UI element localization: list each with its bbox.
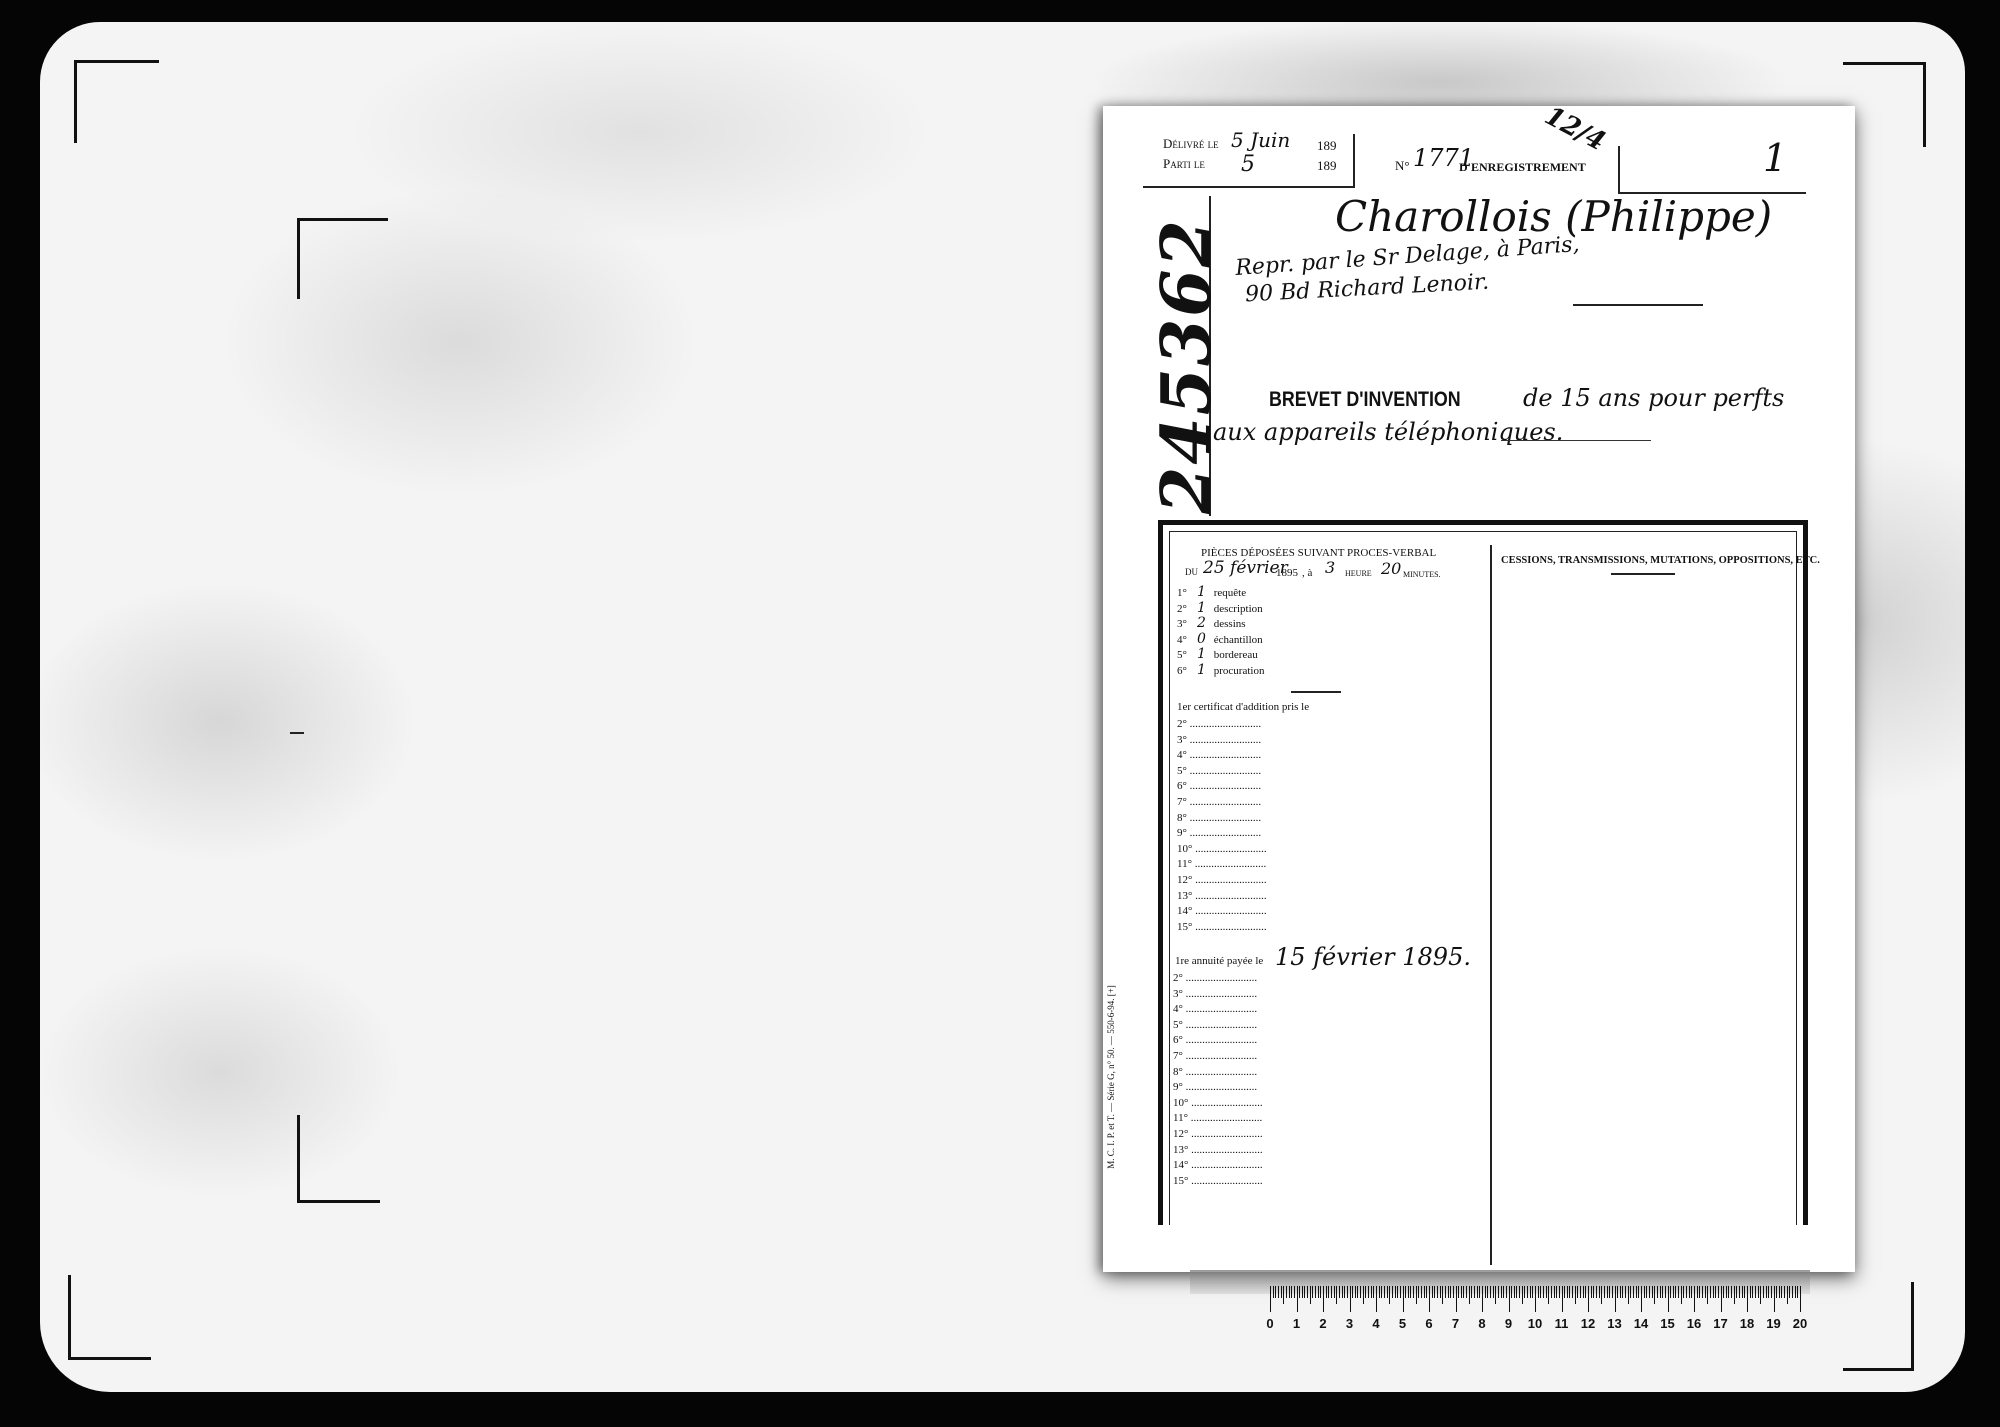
ruler-tick bbox=[1784, 1286, 1785, 1298]
ruler-tick bbox=[1609, 1286, 1610, 1298]
patent-record-sheet: Délivré le 5 Juin 189 Parti le 5 189 N° … bbox=[1103, 106, 1855, 1272]
ruler-tick bbox=[1739, 1286, 1740, 1298]
ruler-tick bbox=[1289, 1286, 1290, 1298]
ruler-tick bbox=[1662, 1286, 1663, 1298]
pieces-minute-label: MINUTES. bbox=[1403, 570, 1441, 579]
ruler-tick bbox=[1331, 1286, 1332, 1298]
annuity-heading: 1re annuité payée le bbox=[1175, 955, 1263, 967]
piece-count: 1 bbox=[1197, 647, 1211, 663]
ruler-tick bbox=[1376, 1286, 1377, 1312]
ruler-tick bbox=[1797, 1286, 1798, 1298]
ruler-tick bbox=[1461, 1286, 1462, 1298]
ruler-tick bbox=[1636, 1286, 1637, 1298]
piece-row: 6°1 procuration bbox=[1177, 663, 1477, 679]
ruler-tick bbox=[1400, 1286, 1401, 1298]
ruler-tick bbox=[1593, 1286, 1594, 1298]
ruler-tick bbox=[1424, 1286, 1425, 1298]
numbered-row: 4° .......................... bbox=[1177, 748, 1307, 764]
numbered-row: 12° .......................... bbox=[1173, 1127, 1303, 1143]
ruler-tick bbox=[1442, 1286, 1443, 1304]
ruler-tick bbox=[1726, 1286, 1727, 1298]
ruler-tick bbox=[1755, 1286, 1756, 1298]
ruler-tick bbox=[1535, 1286, 1536, 1312]
departed-value: 5 bbox=[1241, 152, 1255, 177]
ruler-tick bbox=[1511, 1286, 1512, 1298]
subject-underline bbox=[1501, 440, 1651, 441]
ruler-tick bbox=[1577, 1286, 1578, 1298]
ruler-tick bbox=[1387, 1286, 1388, 1298]
ruler-tick bbox=[1575, 1286, 1576, 1304]
ruler-tick bbox=[1548, 1286, 1549, 1304]
numbered-row: 3° .......................... bbox=[1173, 987, 1303, 1003]
ruler-tick bbox=[1487, 1286, 1488, 1298]
ruler-tick bbox=[1591, 1286, 1592, 1298]
registration-prefix: N° bbox=[1395, 158, 1410, 174]
ruler-tick bbox=[1715, 1286, 1716, 1298]
numbered-row: 10° .......................... bbox=[1177, 842, 1307, 858]
piece-count: 2 bbox=[1197, 616, 1211, 632]
certificates-heading: 1er certificat d'addition pris le bbox=[1177, 701, 1309, 713]
ruler-tick bbox=[1342, 1286, 1343, 1298]
ruler-tick bbox=[1365, 1286, 1366, 1298]
piece-row: 2°1 description bbox=[1177, 601, 1477, 617]
ruler-tick bbox=[1617, 1286, 1618, 1298]
pieces-date-year: 1895 bbox=[1276, 567, 1298, 579]
pieces-at-label: , à bbox=[1302, 567, 1312, 579]
pieces-separator bbox=[1291, 691, 1341, 693]
piece-count: 1 bbox=[1197, 585, 1211, 601]
ruler-tick bbox=[1779, 1286, 1780, 1298]
ruler-tick bbox=[1588, 1286, 1589, 1312]
piece-row: 1°1 requête bbox=[1177, 585, 1477, 601]
ruler-label: 11 bbox=[1555, 1316, 1569, 1331]
patent-number-text: 245362 bbox=[1147, 218, 1227, 514]
ruler-tick bbox=[1318, 1286, 1319, 1298]
ruler-tick bbox=[1479, 1286, 1480, 1298]
ruler-tick bbox=[1509, 1286, 1510, 1312]
ruler-tick bbox=[1403, 1286, 1404, 1312]
ruler-tick bbox=[1750, 1286, 1751, 1298]
numbered-row: 12° .......................... bbox=[1177, 873, 1307, 889]
ruler-tick bbox=[1742, 1286, 1743, 1298]
ruler-tick bbox=[1527, 1286, 1528, 1298]
ruler-tick bbox=[1763, 1286, 1764, 1298]
ruler-tick bbox=[1328, 1286, 1329, 1298]
ruler-tick bbox=[1371, 1286, 1372, 1298]
ruler-tick bbox=[1503, 1286, 1504, 1298]
ruler-tick bbox=[1683, 1286, 1684, 1298]
ruler-tick bbox=[1286, 1286, 1287, 1298]
ruler-tick bbox=[1339, 1286, 1340, 1298]
ruler-label: 8 bbox=[1478, 1316, 1485, 1331]
ruler-tick bbox=[1501, 1286, 1502, 1298]
ruler-tick bbox=[1450, 1286, 1451, 1298]
numbered-row: 5° .......................... bbox=[1173, 1018, 1303, 1034]
ruler-label: 20 bbox=[1793, 1316, 1807, 1331]
numbered-row: 13° .......................... bbox=[1173, 1143, 1303, 1159]
measuring-ruler: 01234567891011121314151617181920 bbox=[1270, 1286, 1805, 1336]
piece-row: 4°0 échantillon bbox=[1177, 632, 1477, 648]
ruler-tick bbox=[1384, 1286, 1385, 1298]
ruler-tick bbox=[1469, 1286, 1470, 1304]
ruler-tick bbox=[1599, 1286, 1600, 1298]
ruler-tick bbox=[1543, 1286, 1544, 1298]
ruler-tick bbox=[1350, 1286, 1351, 1312]
ruler-tick bbox=[1530, 1286, 1531, 1298]
ruler-tick bbox=[1652, 1286, 1653, 1298]
annuity-value: 15 février 1895. bbox=[1275, 943, 1471, 971]
ruler-tick bbox=[1734, 1286, 1735, 1304]
numbered-row: 13° .......................... bbox=[1177, 889, 1307, 905]
ruler-tick bbox=[1429, 1286, 1430, 1312]
ruler-tick bbox=[1668, 1286, 1669, 1312]
ruler-tick bbox=[1395, 1286, 1396, 1298]
corner-mark-inner-top-left bbox=[297, 218, 388, 299]
ruler-tick bbox=[1347, 1286, 1348, 1298]
ruler-label: 19 bbox=[1766, 1316, 1780, 1331]
ruler-label: 17 bbox=[1713, 1316, 1727, 1331]
numbered-row: 8° .......................... bbox=[1177, 811, 1307, 827]
ruler-tick bbox=[1630, 1286, 1631, 1298]
ruler-tick bbox=[1297, 1286, 1298, 1312]
ruler-tick bbox=[1615, 1286, 1616, 1312]
corner-mark-outer-top-left bbox=[74, 60, 159, 143]
ruler-tick bbox=[1373, 1286, 1374, 1298]
ruler-tick bbox=[1694, 1286, 1695, 1312]
numbered-row: 11° .......................... bbox=[1173, 1111, 1303, 1127]
ruler-tick bbox=[1437, 1286, 1438, 1298]
ruler-tick bbox=[1278, 1286, 1279, 1298]
ruler-tick bbox=[1413, 1286, 1414, 1298]
ruler-tick bbox=[1432, 1286, 1433, 1298]
column-divider bbox=[1490, 545, 1492, 1265]
ruler-tick bbox=[1654, 1286, 1655, 1304]
ruler-tick bbox=[1556, 1286, 1557, 1298]
ruler-tick bbox=[1524, 1286, 1525, 1298]
ruler-tick bbox=[1532, 1286, 1533, 1298]
ruler-tick bbox=[1421, 1286, 1422, 1298]
ruler-tick bbox=[1689, 1286, 1690, 1298]
corner-mark-outer-bottom-right bbox=[1843, 1282, 1914, 1371]
piece-row: 3°2 dessins bbox=[1177, 616, 1477, 632]
ruler-tick bbox=[1562, 1286, 1563, 1312]
ruler-tick bbox=[1540, 1286, 1541, 1298]
numbered-row: 3° .......................... bbox=[1177, 733, 1307, 749]
numbered-row: 10° .......................... bbox=[1173, 1096, 1303, 1112]
numbered-row: 14° .......................... bbox=[1177, 904, 1307, 920]
ruler-tick bbox=[1564, 1286, 1565, 1298]
cessions-separator bbox=[1611, 573, 1675, 575]
pieces-hour-value: 3 bbox=[1325, 558, 1335, 577]
deposit-register-frame: PIÈCES DÉPOSÉES SUIVANT PROCES-VERBAL DU… bbox=[1158, 520, 1808, 1225]
ruler-tick bbox=[1559, 1286, 1560, 1298]
numbered-row: 2° .......................... bbox=[1177, 717, 1307, 733]
ruler-tick bbox=[1379, 1286, 1380, 1298]
ruler-tick bbox=[1569, 1286, 1570, 1298]
numbered-row: 5° .......................... bbox=[1177, 764, 1307, 780]
side-print-text: M. C. I. P. et T. — Série G, n° 50. — 55… bbox=[1106, 985, 1116, 1169]
ruler-tick bbox=[1516, 1286, 1517, 1298]
ruler-tick bbox=[1789, 1286, 1790, 1298]
ruler-tick bbox=[1326, 1286, 1327, 1298]
cessions-heading: CESSIONS, TRANSMISSIONS, MUTATIONS, OPPO… bbox=[1501, 555, 1820, 566]
ruler-label: 0 bbox=[1266, 1316, 1273, 1331]
ruler-tick bbox=[1397, 1286, 1398, 1298]
ruler-tick bbox=[1710, 1286, 1711, 1298]
ruler-tick bbox=[1281, 1286, 1282, 1298]
ruler-tick bbox=[1273, 1286, 1274, 1298]
ruler-tick bbox=[1445, 1286, 1446, 1298]
ruler-tick bbox=[1291, 1286, 1292, 1298]
ruler-tick bbox=[1554, 1286, 1555, 1298]
ruler-tick bbox=[1294, 1286, 1295, 1298]
ruler-tick bbox=[1426, 1286, 1427, 1298]
pieces-minute-value: 20 bbox=[1381, 559, 1401, 578]
ruler-tick bbox=[1697, 1286, 1698, 1298]
ruler-tick bbox=[1538, 1286, 1539, 1298]
ruler-label: 6 bbox=[1425, 1316, 1432, 1331]
numbered-row: 6° .......................... bbox=[1177, 779, 1307, 795]
ruler-tick bbox=[1357, 1286, 1358, 1298]
ruler-tick bbox=[1392, 1286, 1393, 1298]
ruler-tick bbox=[1628, 1286, 1629, 1304]
ruler-tick bbox=[1691, 1286, 1692, 1298]
ruler-tick bbox=[1405, 1286, 1406, 1298]
ruler-tick bbox=[1657, 1286, 1658, 1298]
corner-mark-inner-bottom-left bbox=[297, 1115, 380, 1203]
ruler-label: 10 bbox=[1528, 1316, 1542, 1331]
ruler-tick bbox=[1622, 1286, 1623, 1298]
ruler-tick bbox=[1760, 1286, 1761, 1304]
ruler-tick bbox=[1456, 1286, 1457, 1312]
side-print: M. C. I. P. et T. — Série G, n° 50. — 55… bbox=[1106, 985, 1116, 1169]
numbered-row: 11° .......................... bbox=[1177, 857, 1307, 873]
piece-count: 0 bbox=[1197, 632, 1211, 648]
ruler-tick bbox=[1302, 1286, 1303, 1298]
ruler-tick bbox=[1270, 1286, 1271, 1312]
ruler-tick bbox=[1498, 1286, 1499, 1298]
ruler-tick bbox=[1471, 1286, 1472, 1298]
ruler-tick bbox=[1665, 1286, 1666, 1298]
ruler-tick bbox=[1580, 1286, 1581, 1298]
ruler-tick bbox=[1758, 1286, 1759, 1298]
numbered-row: 15° .......................... bbox=[1177, 920, 1307, 936]
ruler-tick bbox=[1334, 1286, 1335, 1298]
numbered-row: 7° .......................... bbox=[1173, 1049, 1303, 1065]
applicant-underline bbox=[1573, 304, 1703, 306]
ruler-tick bbox=[1355, 1286, 1356, 1298]
numbered-row: 9° .......................... bbox=[1177, 826, 1307, 842]
pieces-hour-label: HEURE bbox=[1345, 569, 1372, 578]
ruler-tick bbox=[1567, 1286, 1568, 1298]
ruler-tick bbox=[1705, 1286, 1706, 1298]
ruler-tick bbox=[1551, 1286, 1552, 1298]
numbered-row: 6° .......................... bbox=[1173, 1033, 1303, 1049]
ruler-tick bbox=[1440, 1286, 1441, 1298]
ruler-tick bbox=[1649, 1286, 1650, 1298]
ruler-tick bbox=[1644, 1286, 1645, 1298]
ruler-tick bbox=[1713, 1286, 1714, 1298]
ruler-tick bbox=[1670, 1286, 1671, 1298]
ruler-tick bbox=[1781, 1286, 1782, 1298]
ruler-tick bbox=[1596, 1286, 1597, 1298]
ruler-tick bbox=[1323, 1286, 1324, 1312]
ruler-tick bbox=[1336, 1286, 1337, 1304]
piece-row: 5°1 bordereau bbox=[1177, 647, 1477, 663]
ruler-label: 9 bbox=[1505, 1316, 1512, 1331]
piece-count: 1 bbox=[1197, 663, 1211, 679]
ruler-tick bbox=[1418, 1286, 1419, 1298]
ruler-tick bbox=[1352, 1286, 1353, 1298]
ruler-tick bbox=[1363, 1286, 1364, 1304]
ruler-tick bbox=[1699, 1286, 1700, 1298]
ruler-tick bbox=[1283, 1286, 1284, 1304]
ruler-tick bbox=[1368, 1286, 1369, 1298]
annuity-rows: 2° ..........................3° ........… bbox=[1173, 971, 1303, 1189]
delivered-label: Délivré le bbox=[1163, 136, 1219, 152]
ruler-tick bbox=[1686, 1286, 1687, 1298]
patent-subject: aux appareils téléphoniques. bbox=[1213, 418, 1563, 446]
ruler-tick bbox=[1463, 1286, 1464, 1298]
ruler-tick bbox=[1312, 1286, 1313, 1298]
ruler-label: 1 bbox=[1293, 1316, 1300, 1331]
patent-title-handwritten: de 15 ans pour perfts bbox=[1523, 384, 1784, 412]
ruler-tick bbox=[1728, 1286, 1729, 1298]
ruler-label: 4 bbox=[1372, 1316, 1379, 1331]
ruler-tick bbox=[1702, 1286, 1703, 1298]
ruler-tick bbox=[1458, 1286, 1459, 1298]
departed-label: Parti le bbox=[1163, 156, 1205, 172]
piece-count: 1 bbox=[1197, 601, 1211, 617]
ruler-tick bbox=[1766, 1286, 1767, 1298]
ruler-tick bbox=[1410, 1286, 1411, 1298]
ruler-tick bbox=[1718, 1286, 1719, 1298]
ruler-tick bbox=[1800, 1286, 1801, 1312]
ruler-tick bbox=[1607, 1286, 1608, 1298]
numbered-row: 4° .......................... bbox=[1173, 1002, 1303, 1018]
ruler-tick bbox=[1493, 1286, 1494, 1298]
numbered-row: 14° .......................... bbox=[1173, 1158, 1303, 1174]
ruler-tick bbox=[1660, 1286, 1661, 1298]
pieces-list: 1°1 requête 2°1 description 3°2 dessins … bbox=[1177, 585, 1477, 679]
ruler-tick bbox=[1776, 1286, 1777, 1298]
ruler-tick bbox=[1381, 1286, 1382, 1298]
ruler-tick bbox=[1572, 1286, 1573, 1298]
ruler-tick bbox=[1307, 1286, 1308, 1298]
ruler-tick bbox=[1620, 1286, 1621, 1298]
ruler-label: 14 bbox=[1634, 1316, 1648, 1331]
ruler-tick bbox=[1477, 1286, 1478, 1298]
ruler-tick bbox=[1787, 1286, 1788, 1304]
ruler-tick bbox=[1519, 1286, 1520, 1298]
ruler-tick bbox=[1275, 1286, 1276, 1298]
ruler-tick bbox=[1771, 1286, 1772, 1298]
ruler-tick bbox=[1736, 1286, 1737, 1298]
corner-mark-outer-bottom-left bbox=[68, 1275, 151, 1360]
departed-year: 189 bbox=[1317, 158, 1337, 174]
ruler-tick bbox=[1641, 1286, 1642, 1312]
ruler-tick bbox=[1466, 1286, 1467, 1298]
ruler-label: 18 bbox=[1740, 1316, 1754, 1331]
ruler-tick bbox=[1731, 1286, 1732, 1298]
delivered-value: 5 Juin bbox=[1231, 128, 1290, 152]
ruler-tick bbox=[1612, 1286, 1613, 1298]
ruler-tick bbox=[1453, 1286, 1454, 1298]
delivered-year: 189 bbox=[1317, 138, 1337, 154]
ruler-tick bbox=[1416, 1286, 1417, 1304]
ruler-tick bbox=[1673, 1286, 1674, 1298]
ruler-label: 13 bbox=[1607, 1316, 1621, 1331]
patent-title-printed: BREVET D'INVENTION bbox=[1269, 388, 1461, 412]
ruler-tick bbox=[1485, 1286, 1486, 1298]
numbered-row: 9° .......................... bbox=[1173, 1080, 1303, 1096]
ruler-tick bbox=[1721, 1286, 1722, 1312]
ruler-label: 12 bbox=[1581, 1316, 1595, 1331]
ruler-tick bbox=[1434, 1286, 1435, 1298]
numbered-row: 7° .......................... bbox=[1177, 795, 1307, 811]
annotation-top: 12/4 bbox=[1540, 101, 1610, 157]
ruler-tick bbox=[1707, 1286, 1708, 1304]
ruler-label: 5 bbox=[1399, 1316, 1406, 1331]
ruler-tick bbox=[1752, 1286, 1753, 1298]
certificate-rows: 2° ..........................3° ........… bbox=[1177, 717, 1307, 935]
ruler-label: 3 bbox=[1346, 1316, 1353, 1331]
numbered-row: 2° .......................... bbox=[1173, 971, 1303, 987]
ruler-label: 15 bbox=[1660, 1316, 1674, 1331]
ruler-tick bbox=[1522, 1286, 1523, 1304]
ruler-tick bbox=[1774, 1286, 1775, 1312]
ruler-tick bbox=[1360, 1286, 1361, 1298]
ruler-tick bbox=[1304, 1286, 1305, 1298]
ruler-tick bbox=[1795, 1286, 1796, 1298]
ruler-tick bbox=[1514, 1286, 1515, 1298]
numbered-row: 15° .......................... bbox=[1173, 1174, 1303, 1190]
ruler-tick bbox=[1768, 1286, 1769, 1298]
pieces-date-prefix: DU bbox=[1185, 567, 1198, 577]
ruler-tick bbox=[1490, 1286, 1491, 1298]
ruler-tick bbox=[1675, 1286, 1676, 1298]
ruler-tick bbox=[1585, 1286, 1586, 1298]
ruler-tick bbox=[1546, 1286, 1547, 1298]
ruler-tick bbox=[1723, 1286, 1724, 1298]
ruler-label: 16 bbox=[1687, 1316, 1701, 1331]
ruler-tick bbox=[1601, 1286, 1602, 1304]
ruler-tick bbox=[1315, 1286, 1316, 1298]
page-number: 1 bbox=[1763, 136, 1787, 180]
ruler-tick bbox=[1744, 1286, 1745, 1298]
ruler-tick bbox=[1604, 1286, 1605, 1298]
ruler-tick bbox=[1448, 1286, 1449, 1298]
ruler-tick bbox=[1299, 1286, 1300, 1298]
ruler-tick bbox=[1506, 1286, 1507, 1298]
ruler-tick bbox=[1633, 1286, 1634, 1298]
corner-mark-outer-top-right bbox=[1843, 62, 1926, 147]
registration-label: D'ENREGISTREMENT bbox=[1459, 160, 1586, 175]
ruler-tick bbox=[1408, 1286, 1409, 1298]
ruler-tick bbox=[1747, 1286, 1748, 1312]
ruler-tick bbox=[1482, 1286, 1483, 1312]
ruler-label: 2 bbox=[1319, 1316, 1326, 1331]
scan-speck bbox=[290, 732, 304, 734]
numbered-row: 8° .......................... bbox=[1173, 1065, 1303, 1081]
ruler-tick bbox=[1625, 1286, 1626, 1298]
ruler-tick bbox=[1678, 1286, 1679, 1298]
ruler-label: 7 bbox=[1452, 1316, 1459, 1331]
ruler-tick bbox=[1681, 1286, 1682, 1304]
ruler-tick bbox=[1344, 1286, 1345, 1298]
ruler-tick bbox=[1389, 1286, 1390, 1304]
ruler-tick bbox=[1646, 1286, 1647, 1298]
